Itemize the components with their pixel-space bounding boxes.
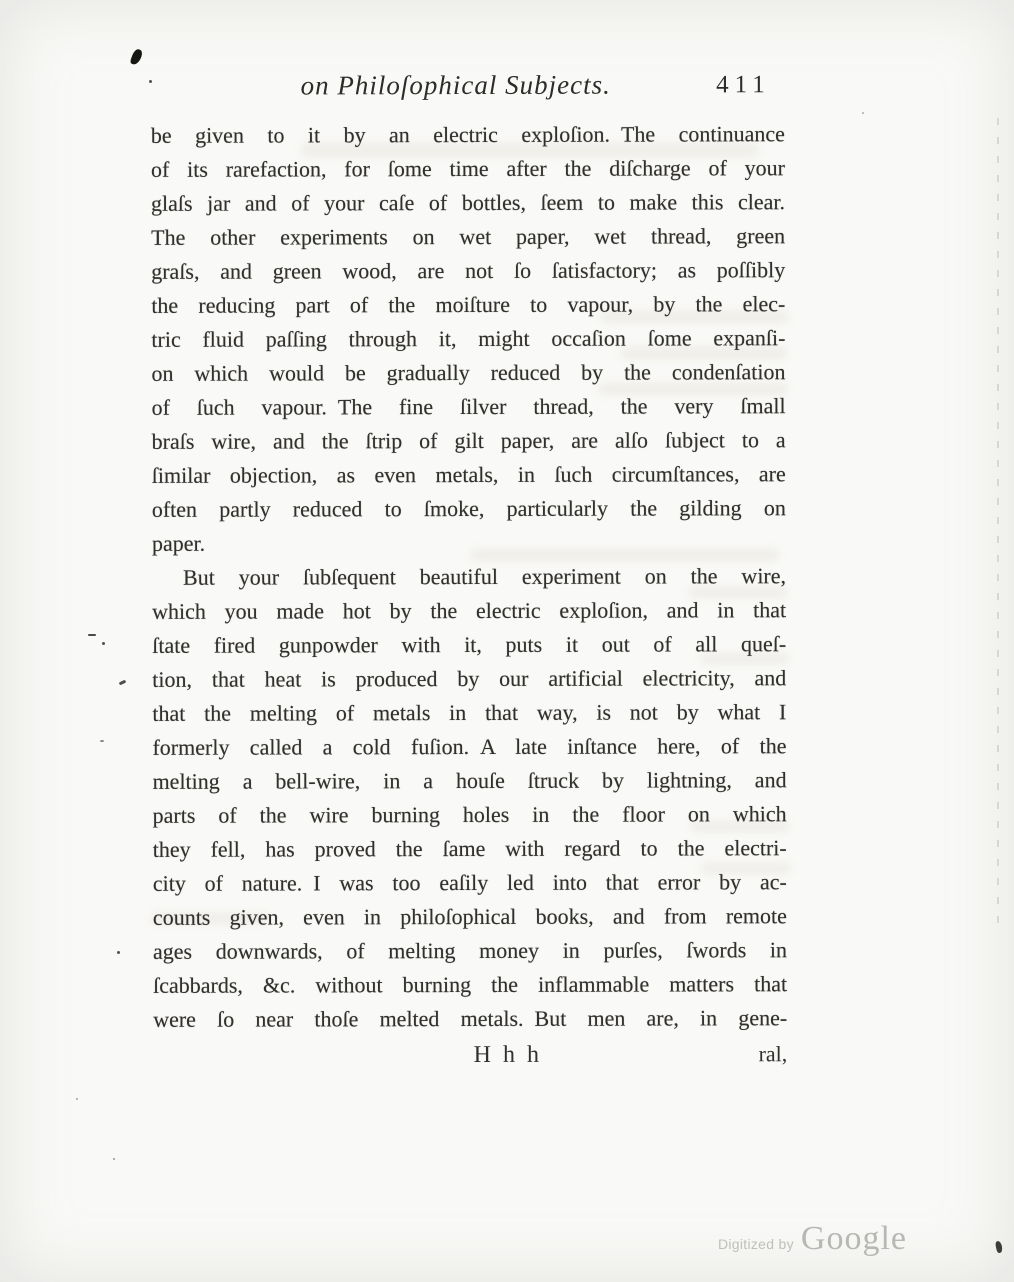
digitization-watermark: Digitized by Google bbox=[718, 1220, 907, 1258]
ink-speck bbox=[88, 634, 96, 636]
google-logo: Google bbox=[801, 1220, 907, 1258]
watermark-prefix: Digitized by bbox=[718, 1236, 794, 1252]
text-line: ſimilar objection, as even metals, in ſu… bbox=[152, 457, 786, 493]
text-line: which you made hot by the electric explo… bbox=[152, 593, 786, 629]
ink-speck bbox=[76, 1098, 78, 1100]
text-line: on which would be gradually reduced by t… bbox=[151, 355, 785, 391]
text-line: braſs wire, and the ſtrip of gilt paper,… bbox=[152, 423, 786, 459]
text-line: parts of the wire burning holes in the f… bbox=[153, 797, 787, 833]
running-header-title: on Philoſophical Subjects. bbox=[139, 69, 773, 102]
page-footer: H h h ral, bbox=[153, 1037, 787, 1073]
page-edge-blot bbox=[995, 1241, 1003, 1254]
text-line: graſs, and green wood, are not ſo ſatisf… bbox=[151, 253, 785, 289]
ink-blot bbox=[130, 48, 144, 66]
signature-mark: H h h bbox=[189, 1037, 823, 1073]
text-line: city of nature. I was too eaſily led int… bbox=[153, 865, 787, 901]
text-line: of its rarefaction, for ſome time after … bbox=[151, 151, 785, 187]
text-line: tric fluid paſſing through it, might occ… bbox=[151, 321, 785, 357]
text-line: often partly reduced to ſmoke, particula… bbox=[152, 491, 786, 527]
text-line: ages downwards, of melting money in purſ… bbox=[153, 933, 787, 969]
page-header: on Philoſophical Subjects. 411 bbox=[151, 69, 785, 119]
text-line: ſcabbards, &c. without burning the infla… bbox=[153, 967, 787, 1003]
text-line: that the melting of metals in that way, … bbox=[152, 695, 786, 731]
scanned-book-page: on Philoſophical Subjects. 411 be given … bbox=[0, 0, 1014, 1282]
text-line: of ſuch vapour. The fine ſilver thread, … bbox=[152, 389, 786, 425]
page-number: 411 bbox=[716, 71, 771, 99]
text-line: be given to it by an electric exploſion.… bbox=[151, 117, 785, 153]
body-paragraph-2: But your ſubſequent beautiful experiment… bbox=[152, 559, 787, 1037]
text-line: the reducing part of the moiſture to vap… bbox=[151, 287, 785, 323]
body-paragraph-1: be given to it by an electric exploſion.… bbox=[151, 117, 786, 561]
text-line: were ſo near thoſe melted metals. But me… bbox=[153, 1001, 787, 1037]
text-line: tion, that heat is produced by our artif… bbox=[152, 661, 786, 697]
text-line: The other experiments on wet paper, wet … bbox=[151, 219, 785, 255]
page-edge-line bbox=[997, 118, 999, 930]
text-line: But your ſubſequent beautiful experiment… bbox=[152, 559, 786, 595]
ink-speck bbox=[149, 80, 152, 83]
text-line: paper. bbox=[152, 525, 786, 561]
text-block: on Philoſophical Subjects. 411 be given … bbox=[151, 69, 788, 1073]
text-line: they fell, has proved the ſame with rega… bbox=[153, 831, 787, 867]
text-line: formerly called a cold fuſion. A late in… bbox=[152, 729, 786, 765]
text-line: glaſs jar and of your caſe of bottles, ſ… bbox=[151, 185, 785, 221]
text-line: melting a bell-wire, in a houſe ſtruck b… bbox=[153, 763, 787, 799]
catchword: ral, bbox=[759, 1037, 788, 1071]
ink-speck bbox=[113, 1158, 115, 1160]
ink-speck bbox=[100, 740, 104, 742]
ink-speck bbox=[102, 642, 105, 645]
text-line: ſtate fired gunpowder with it, puts it o… bbox=[152, 627, 786, 663]
ink-speck bbox=[119, 680, 127, 686]
ink-speck bbox=[117, 951, 120, 954]
text-line: counts given, even in philoſophical book… bbox=[153, 899, 787, 935]
ink-speck bbox=[862, 112, 864, 114]
